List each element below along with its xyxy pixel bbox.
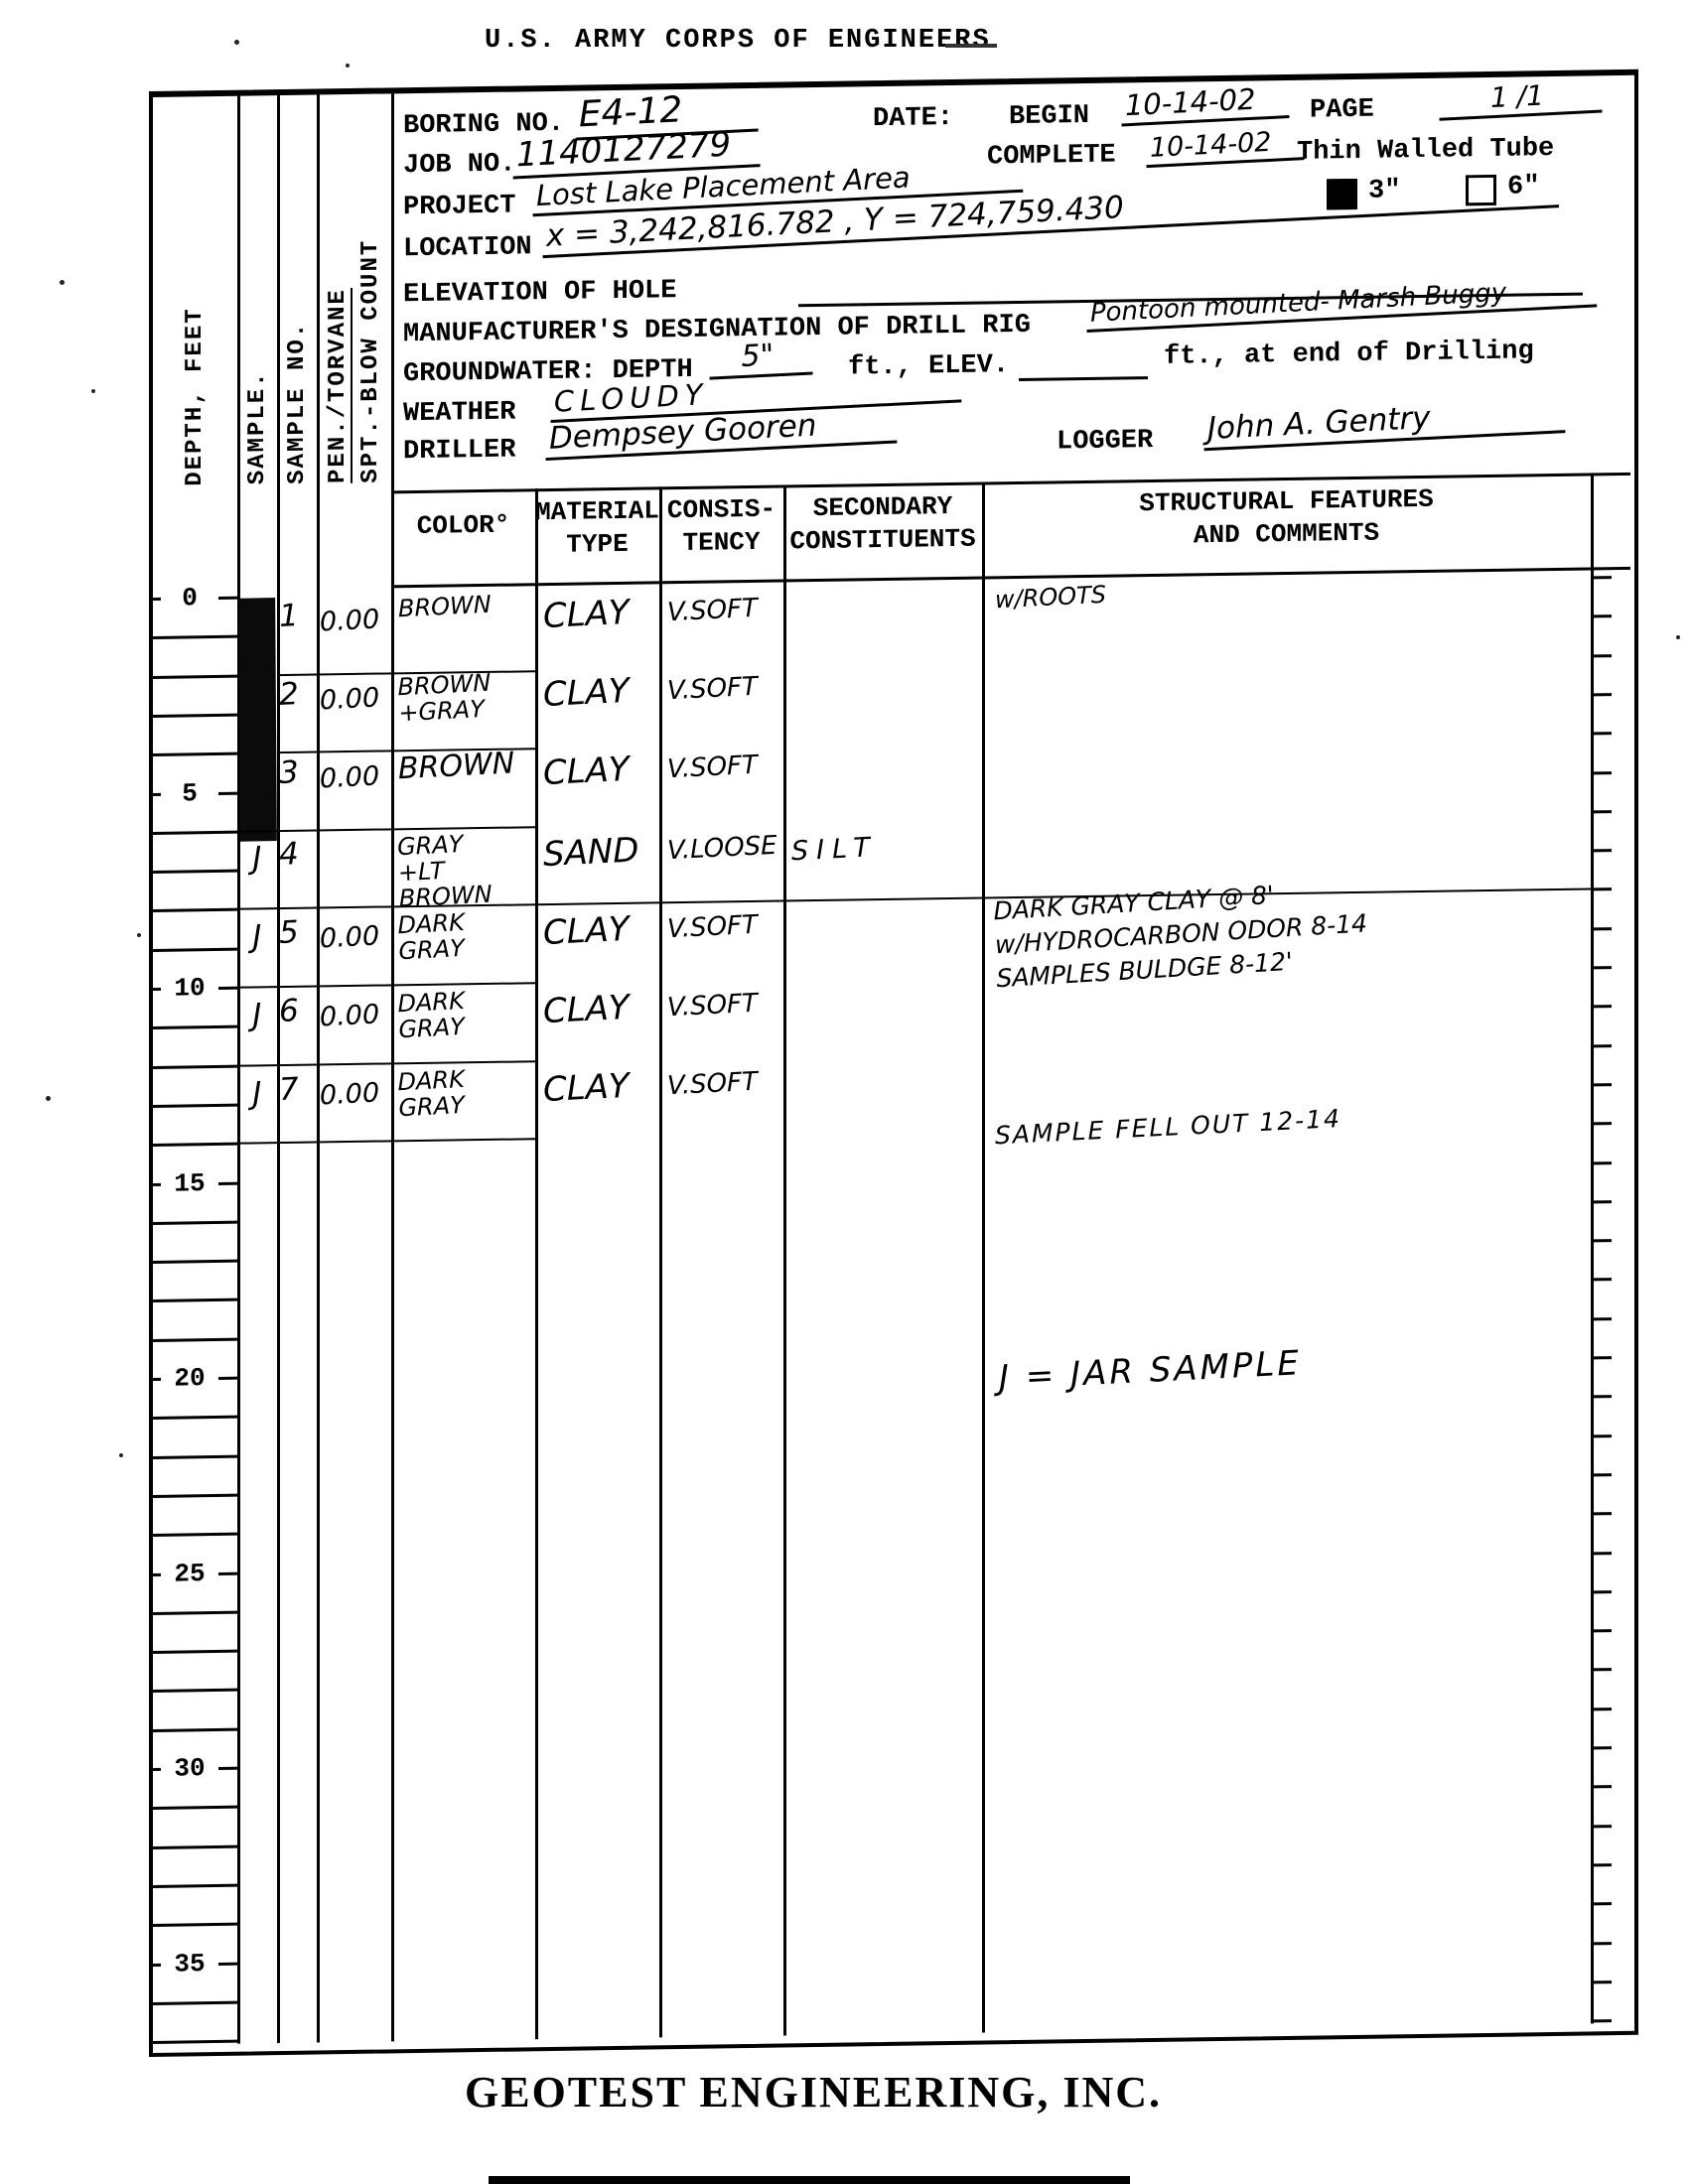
sample-type: [236, 604, 278, 606]
right-ruler-tick: [1593, 1356, 1612, 1359]
scan-speck: [119, 1453, 123, 1457]
right-ruler-tick: [1593, 1629, 1612, 1632]
depth-foot-line: [153, 1727, 237, 1731]
sample-no: 7: [278, 1072, 319, 1107]
depth-foot-line: [153, 2000, 237, 2004]
depth-tick: [218, 1571, 240, 1574]
company-footer: GEOTEST ENGINEERING, INC.: [465, 2067, 1162, 2117]
scan-artifact-strip: [489, 2176, 1130, 2184]
sample-no: 2: [278, 677, 319, 712]
material-value: CLAY: [542, 593, 664, 635]
secondary-value: [791, 1063, 985, 1073]
color-value: DARK GRAY: [397, 906, 538, 965]
consistency-value: V.SOFT: [667, 750, 795, 783]
right-ruler-tick: [1593, 654, 1612, 657]
right-ruler-tick: [1593, 1942, 1612, 1945]
date-complete-value: 10-14-02: [1145, 126, 1304, 168]
color-header: COLOR°: [391, 508, 535, 543]
material-value: CLAY: [542, 671, 664, 714]
thin-walled-tube-label: Thin Walled Tube: [1297, 134, 1554, 168]
right-ruler-tick: [1593, 1590, 1612, 1593]
page-value: 1 /1: [1438, 78, 1602, 121]
date-begin-value: 10-14-02: [1120, 82, 1289, 127]
right-ruler-tick: [1593, 1044, 1612, 1047]
right-ruler-tick: [1593, 2019, 1612, 2022]
right-ruler-tick: [1593, 1279, 1612, 1282]
depth-label: 15: [161, 1166, 218, 1199]
material-type-header: MATERIAL TYPE: [535, 494, 659, 561]
weather-label: WEATHER: [403, 398, 515, 430]
driller-label: DRILLER: [403, 436, 515, 468]
structural-features-header: STRUCTURAL FEATURES AND COMMENTS: [982, 480, 1591, 554]
scan-artifact-dash: [945, 44, 997, 48]
scan-speck: [46, 1096, 51, 1101]
depth-tick: [218, 597, 240, 600]
depth-foot-line: [153, 1610, 237, 1614]
sample-column-label-wrap: SAMPLE.: [237, 95, 277, 493]
drill-rig-value: Pontoon mounted- Marsh Buggy: [1085, 274, 1597, 333]
boring-log-page: U.S. ARMY CORPS OF ENGINEERS DEPTH, FEET…: [0, 0, 1692, 2184]
grid-line: [1591, 473, 1594, 2023]
right-ruler-tick: [1593, 966, 1612, 969]
right-ruler-tick: [1593, 1669, 1612, 1672]
depth-label: 0: [161, 582, 218, 614]
material-value: SAND: [542, 831, 664, 874]
right-ruler-tick: [1593, 771, 1612, 774]
scan-speck: [91, 389, 95, 393]
depth-foot-line: [153, 1220, 237, 1224]
date-label: DATE:: [873, 103, 953, 134]
sample-type: J: [235, 999, 278, 1034]
depth-label: 20: [161, 1362, 218, 1395]
jar-sample-note: J = JAR SAMPLE: [998, 1345, 1302, 1397]
scan-speck: [60, 280, 65, 285]
right-ruler-tick: [1593, 1434, 1612, 1437]
right-ruler-tick: [1593, 1200, 1612, 1203]
sample-type: [236, 760, 278, 762]
consistency-header: CONSIS- TENCY: [659, 493, 783, 560]
pen-torvane-value: 0.00: [319, 605, 394, 637]
right-ruler-tick: [1593, 1083, 1612, 1086]
boring-log-form: DEPTH, FEET SAMPLE. SAMPLE NO. PEN./TORV…: [149, 69, 1638, 2057]
at-end-of-drilling-label: ft., at end of Drilling: [1164, 337, 1534, 372]
depth-foot-line: [153, 1260, 237, 1264]
color-value: DARK GRAY: [397, 985, 538, 1043]
right-ruler-tick: [1593, 1395, 1612, 1398]
color-value: BROWN: [398, 590, 538, 622]
pen-column-label-wrap: PEN./TORVANE SPT.-BLOW COUNT: [317, 93, 391, 491]
depth-foot-line: [153, 1533, 237, 1537]
elevation-of-hole-label: ELEVATION OF HOLE: [403, 276, 676, 310]
consistency-value: V.SOFT: [667, 988, 795, 1022]
depth-label: 35: [161, 1947, 218, 1979]
page-label: PAGE: [1310, 95, 1374, 126]
secondary-value: [791, 668, 985, 678]
depth-label: 30: [161, 1752, 218, 1785]
right-ruler-tick: [1593, 1707, 1612, 1710]
consistency-value: V.SOFT: [667, 671, 795, 705]
scan-speck: [137, 933, 141, 937]
secondary-value: SILT: [790, 828, 985, 867]
depth-tick: [218, 1377, 240, 1380]
color-value: DARK GRAY: [397, 1063, 538, 1122]
consistency-value: V.LOOSE: [667, 831, 795, 865]
color-value: BROWN: [397, 747, 537, 785]
color-value: GRAY +LT BROWN: [397, 828, 539, 912]
pen-torvane-value: 0.00: [319, 683, 394, 716]
comment: w/ROOTS: [994, 555, 1586, 616]
depth-foot-line: [153, 1337, 237, 1341]
pen-torvane-value: 0.00: [319, 1000, 394, 1032]
consistency-value: V.SOFT: [667, 909, 795, 943]
logger-value: John A. Gentry: [1202, 395, 1565, 452]
depth-foot-line: [153, 1806, 237, 1810]
right-ruler-tick: [1593, 1317, 1612, 1320]
pen-torvane-value: 0.00: [319, 921, 394, 954]
right-ruler-tick: [1593, 1005, 1612, 1008]
begin-label: BEGIN: [1009, 101, 1089, 132]
right-ruler-tick: [1593, 1825, 1612, 1828]
sample-no-column-label: SAMPLE NO.: [284, 322, 311, 484]
right-ruler-tick: [1593, 1552, 1612, 1555]
depth-foot-line: [153, 1416, 237, 1420]
sample-no: 5: [278, 915, 319, 950]
pen-torvane-value: [320, 843, 394, 847]
depth-foot-line: [153, 1923, 237, 1927]
spt-blow-count-label: SPT.-BLOW COUNT: [357, 238, 384, 482]
right-ruler-tick: [1593, 1239, 1612, 1242]
pen-torvane-value: 0.00: [319, 1078, 394, 1111]
depth-foot-line: [153, 1689, 237, 1693]
right-ruler-tick: [1593, 1746, 1612, 1749]
depth-tick: [218, 791, 240, 794]
secondary-value: [791, 747, 985, 756]
depth-label: 25: [161, 1557, 218, 1589]
scan-speck: [234, 40, 239, 45]
depth-label: 5: [161, 776, 218, 809]
sample-no: 4: [278, 837, 319, 872]
depth-column-label-wrap: DEPTH, FEET: [153, 96, 237, 494]
right-ruler-tick: [1593, 614, 1612, 617]
right-ruler-tick: [1593, 849, 1612, 852]
secondary-value: [791, 906, 985, 916]
depth-foot-line: [153, 2040, 237, 2044]
color-value: BROWN +GRAY: [397, 668, 538, 727]
job-no-label: JOB NO.: [403, 150, 515, 182]
secondary-constituents-header: SECONDARY CONSTITUENTS: [783, 490, 982, 558]
right-ruler-tick: [1593, 1785, 1612, 1788]
logger-label: LOGGER: [1057, 426, 1153, 457]
right-ruler-tick: [1593, 732, 1612, 735]
sample-no: 1: [278, 599, 319, 633]
depth-foot-line: [153, 1494, 237, 1498]
material-value: CLAY: [542, 750, 664, 792]
secondary-value: [791, 985, 985, 995]
sample-type: J: [235, 920, 278, 956]
secondary-value: [791, 590, 985, 600]
depth-column-label: DEPTH, FEET: [182, 307, 209, 486]
right-ruler-tick: [1593, 1473, 1612, 1476]
consistency-value: V.SOFT: [667, 1066, 795, 1100]
depth-tick: [218, 1181, 240, 1184]
sample-type: J: [235, 842, 278, 878]
sample-no-column-label-wrap: SAMPLE NO.: [277, 94, 317, 492]
depth-foot-line: [153, 1844, 237, 1848]
sample-no: 6: [278, 994, 319, 1028]
sample-no: 3: [278, 755, 319, 790]
comment: SAMPLE FELL OUT 12-14: [994, 1090, 1586, 1153]
pen-torvane-value: 0.00: [319, 761, 394, 794]
right-ruler-tick: [1593, 1161, 1612, 1164]
right-ruler-tick: [1593, 927, 1612, 930]
material-value: CLAY: [542, 1066, 664, 1109]
pen-torvane-label: PEN./TORVANE: [325, 288, 352, 483]
right-ruler-tick: [1593, 1902, 1612, 1905]
sample-type: J: [235, 1077, 278, 1113]
sample-type: [236, 682, 278, 684]
right-ruler-tick: [1593, 1122, 1612, 1125]
material-value: CLAY: [542, 988, 664, 1030]
scan-speck: [1676, 635, 1680, 639]
right-ruler-tick: [1593, 1512, 1612, 1515]
depth-foot-line: [153, 1884, 237, 1888]
right-ruler-tick: [1593, 576, 1612, 579]
material-value: CLAY: [542, 909, 664, 952]
depth-foot-line: [153, 1650, 237, 1654]
elev-blank-line: [1019, 376, 1148, 381]
depth-label: 10: [161, 972, 218, 1005]
depth-foot-line: [153, 830, 237, 834]
right-ruler-tick: [1593, 1980, 1612, 1983]
right-ruler-tick: [1593, 693, 1612, 696]
location-label: LOCATION: [403, 232, 532, 264]
project-label: PROJECT: [403, 192, 515, 223]
right-ruler-tick: [1593, 888, 1612, 891]
page-title: U.S. ARMY CORPS OF ENGINEERS: [485, 26, 991, 56]
right-ruler-tick: [1593, 810, 1612, 813]
depth-foot-line: [153, 1454, 237, 1458]
scan-speck: [346, 64, 350, 68]
depth-foot-line: [153, 1298, 237, 1302]
depth-tick: [218, 1962, 240, 1965]
right-ruler-tick: [1593, 1863, 1612, 1866]
depth-tick: [218, 1767, 240, 1770]
consistency-value: V.SOFT: [667, 593, 795, 626]
sample-column-label: SAMPLE.: [244, 370, 271, 484]
